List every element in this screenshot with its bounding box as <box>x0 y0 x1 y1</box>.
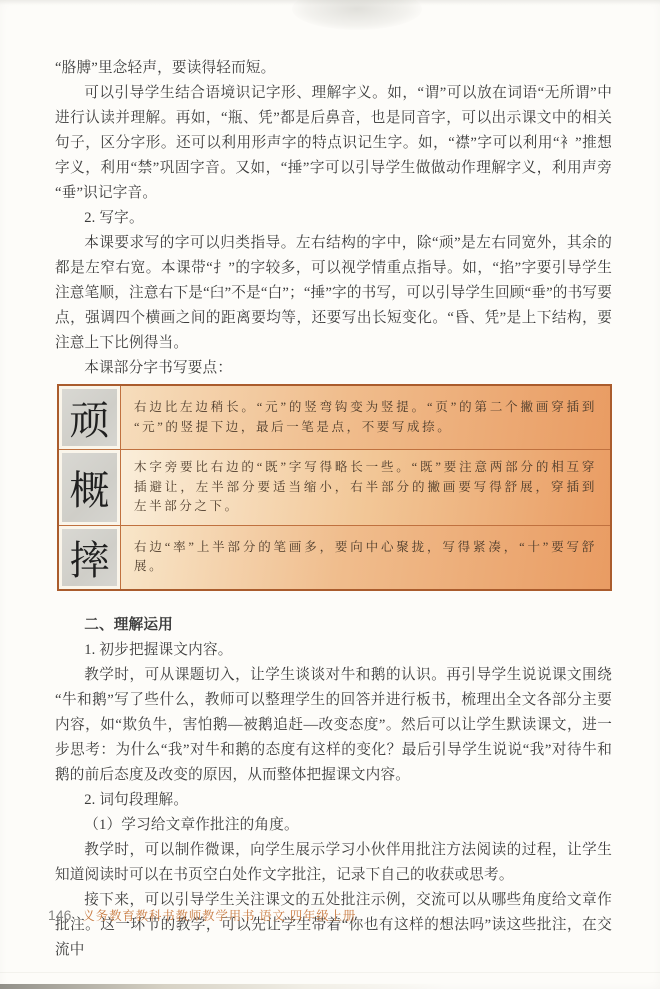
scan-smudge <box>292 0 422 30</box>
paragraph-grasp-content: 教学时，可从课题切入，让学生谈谈对牛和鹅的认识。再引导学生说说课文围绕“牛和鹅”… <box>55 663 612 788</box>
scanned-book-page: { "content": { "para_continuation": "“胳膊… <box>0 0 660 989</box>
stroke-note: 右边比左边稍长。“元”的竖弯钩变为竖提。“页”的第二个撇画穿插到“元”的竖提下边… <box>121 386 610 449</box>
calligraphy-char: 概 <box>62 453 117 522</box>
table-row: 顽 右边比左边稍长。“元”的竖弯钩变为竖提。“页”的第二个撇画穿插到“元”的竖提… <box>59 386 610 449</box>
stroke-note-text: 右边“率”上半部分的笔画多，要向中心聚拢，写得紧凑，“十”要写舒展。 <box>134 538 597 577</box>
writing-points-table: 顽 右边比左边稍长。“元”的竖弯钩变为竖提。“页”的第二个撇画穿插到“元”的竖提… <box>57 384 612 591</box>
calligraphy-cell: 顽 <box>59 386 121 449</box>
paragraph-next-steps: 接下来，可以引导学生关注课文的五处批注示例，交流可以从哪些角度给文章作批注。这一… <box>55 888 612 963</box>
paragraph-identify-chars: 可以引导学生结合语境识记字形、理解字义。如，“谓”可以放在词语“无所谓”中进行认… <box>55 81 612 206</box>
calligraphy-cell: 摔 <box>59 526 121 589</box>
section-heading: 二、理解运用 <box>55 613 612 638</box>
paragraph-writing-guidance: 本课要求写的字可以归类指导。左右结构的字中，除“顽”是左右同宽外，其余的都是左窄… <box>55 231 612 356</box>
scan-artifact-line <box>0 972 660 973</box>
page-footer: 146 义务教育教科书教师教学用书 语文 四年级上册 <box>48 906 356 924</box>
calligraphy-cell: 概 <box>59 450 121 525</box>
stroke-note: 右边“率”上半部分的笔画多，要向中心聚拢，写得紧凑，“十”要写舒展。 <box>121 526 610 589</box>
page-body: “胳膊”里念轻声，要读得轻而短。 可以引导学生结合语境识记字形、理解字义。如，“… <box>55 56 612 963</box>
paragraph-table-lead: 本课部分字书写要点： <box>55 356 612 381</box>
table-row: 概 木字旁要比右边的“既”字写得略长一些。“既”要注意两部分的相互穿插避让，左半… <box>59 449 610 525</box>
paragraph-continuation: “胳膊”里念轻声，要读得轻而短。 <box>55 56 612 81</box>
table-row: 摔 右边“率”上半部分的笔画多，要向中心聚拢，写得紧凑，“十”要写舒展。 <box>59 525 610 589</box>
book-title: 义务教育教科书教师教学用书 语文 四年级上册 <box>82 906 356 924</box>
calligraphy-char: 摔 <box>62 529 117 586</box>
page-edge-shadow <box>0 984 470 989</box>
page-number: 146 <box>48 907 71 923</box>
list-item-comprehension: 2. 词句段理解。 <box>55 788 612 813</box>
sub-item-annotation-angle: （1）学习给文章作批注的角度。 <box>55 813 612 838</box>
stroke-note-text: 木字旁要比右边的“既”字写得略长一些。“既”要注意两部分的相互穿插避让，左半部分… <box>134 458 597 517</box>
page-surface: “胳膊”里念轻声，要读得轻而短。 可以引导学生结合语境识记字形、理解字义。如，“… <box>0 0 660 989</box>
calligraphy-char: 顽 <box>62 389 117 446</box>
list-item-grasp-content: 1. 初步把握课文内容。 <box>55 638 612 663</box>
stroke-note-text: 右边比左边稍长。“元”的竖弯钩变为竖提。“页”的第二个撇画穿插到“元”的竖提下边… <box>134 398 597 437</box>
stroke-note: 木字旁要比右边的“既”字写得略长一些。“既”要注意两部分的相互穿插避让，左半部分… <box>121 450 610 525</box>
paragraph-microlesson: 教学时，可以制作微课，向学生展示学习小伙伴用批注方法阅读的过程，让学生知道阅读时… <box>55 838 612 888</box>
list-item-writing: 2. 写字。 <box>55 206 612 231</box>
